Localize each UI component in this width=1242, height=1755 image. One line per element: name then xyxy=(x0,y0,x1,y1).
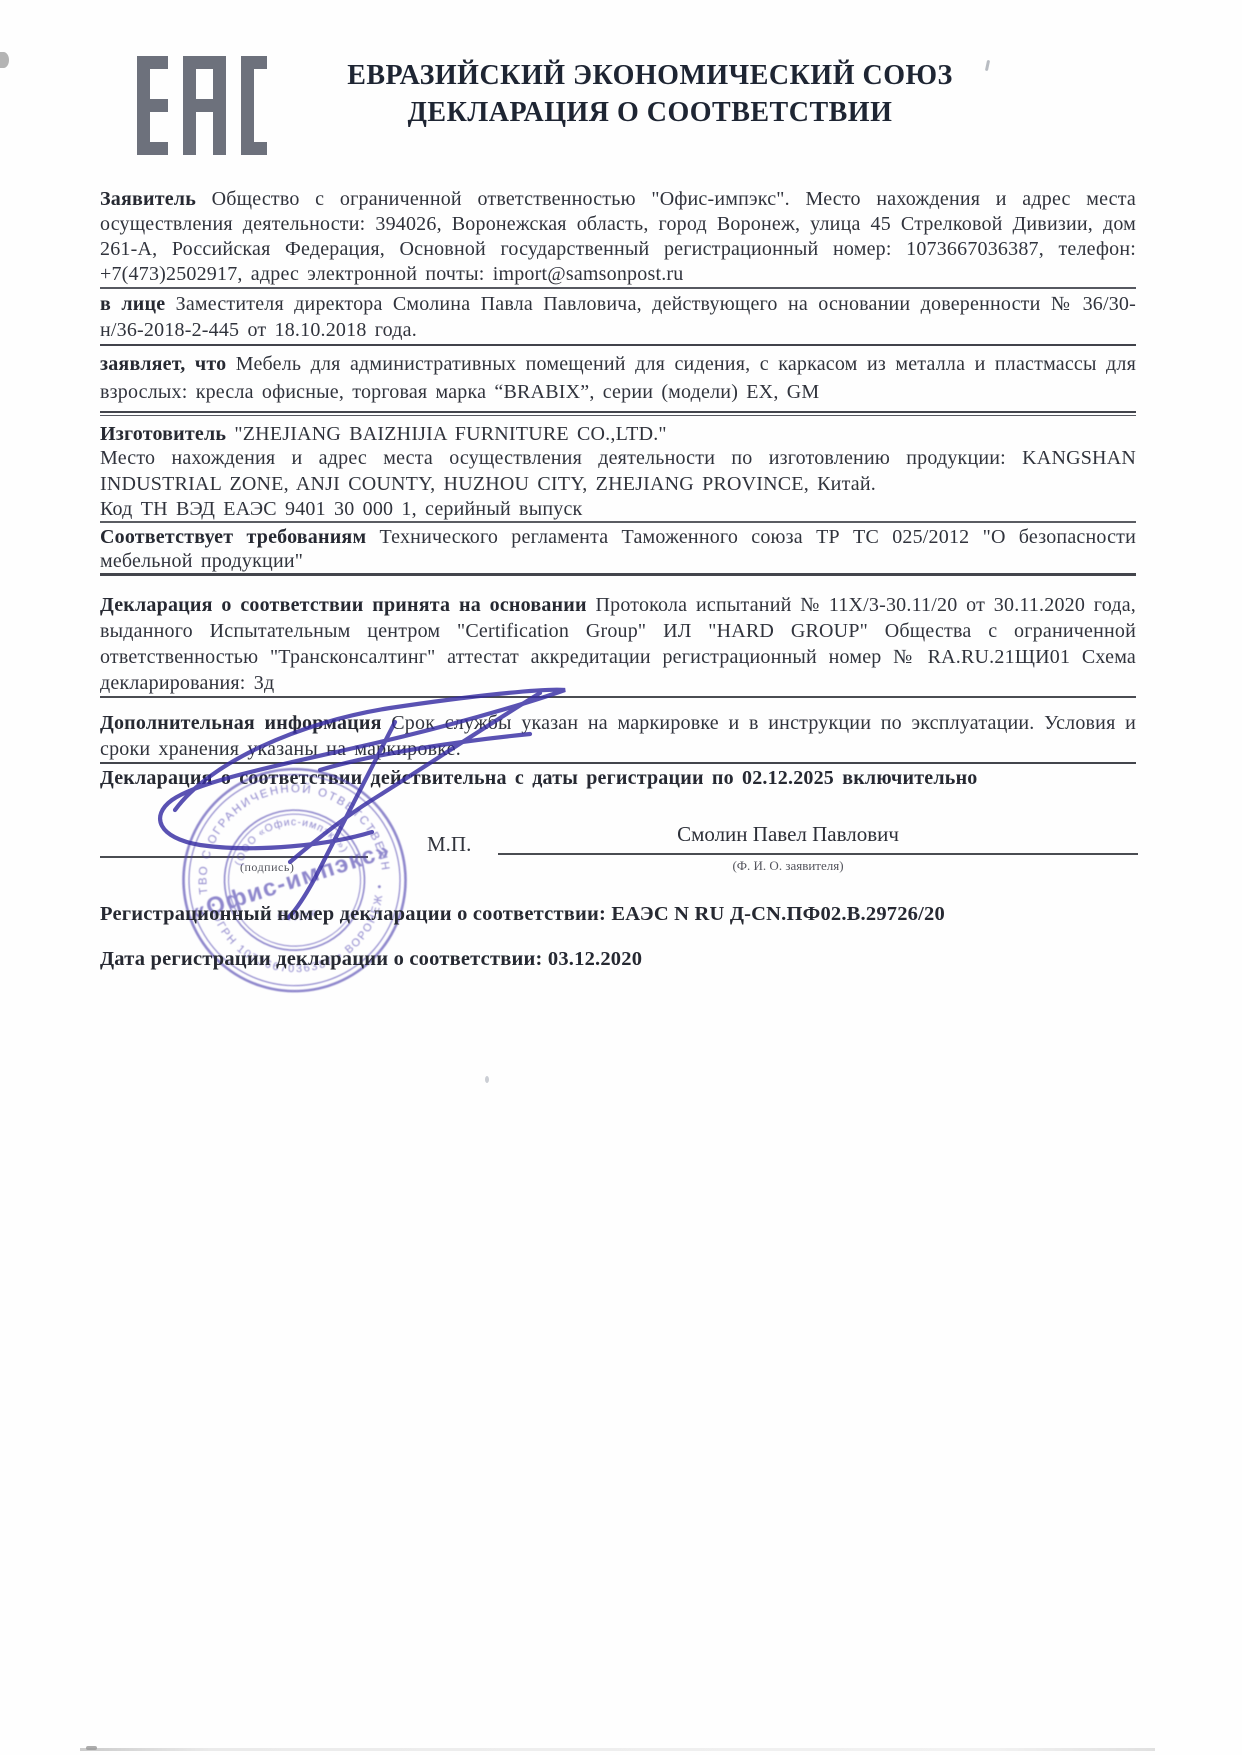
section-divider-double xyxy=(100,411,1136,416)
document-title: ЕВРАЗИЙСКИЙ ЭКОНОМИЧЕСКИЙ СОЮЗ ДЕКЛАРАЦИ… xyxy=(300,57,1000,131)
declares-text: Мебель для административных помещений дл… xyxy=(100,353,1136,403)
scan-bottom-edge xyxy=(80,1748,1155,1751)
eac-logo-icon xyxy=(137,56,267,155)
section-divider xyxy=(100,344,1136,346)
conformity-label: Соответствует требованиям xyxy=(100,526,366,548)
manufacturer-section: Изготовитель "ZHEJIANG BAIZHIJIA FURNITU… xyxy=(100,422,1136,521)
declaration-document: ЕВРАЗИЙСКИЙ ЭКОНОМИЧЕСКИЙ СОЮЗ ДЕКЛАРАЦИ… xyxy=(0,0,1242,1755)
applicant-section: Заявитель Общество с ограниченной ответс… xyxy=(100,187,1136,287)
signature-scribble xyxy=(130,668,610,938)
applicant-text: Общество с ограниченной ответственностью… xyxy=(100,188,1136,285)
registration-number-line: Регистрационный номер декларации о соотв… xyxy=(100,903,1160,926)
manufacturer-name-line: Изготовитель "ZHEJIANG BAIZHIJIA FURNITU… xyxy=(100,422,1136,446)
manufacturer-address: Место нахождения и адрес места осуществл… xyxy=(100,446,1136,497)
applicant-label: Заявитель xyxy=(100,188,196,210)
basis-label: Декларация о соответствии принята на осн… xyxy=(100,594,587,616)
representative-label: в лице xyxy=(100,293,165,315)
title-union: ЕВРАЗИЙСКИЙ ЭКОНОМИЧЕСКИЙ СОЮЗ xyxy=(300,57,1000,94)
representative-section: в лице Заместителя директора Смолина Пав… xyxy=(100,291,1136,343)
manufacturer-name: "ZHEJIANG BAIZHIJIA FURNITURE CO.,LTD." xyxy=(234,423,666,445)
scan-corner-artifact xyxy=(0,52,9,68)
section-divider xyxy=(100,521,1136,523)
registration-date-line: Дата регистрации декларации о соответств… xyxy=(100,948,1160,971)
registration-number-label: Регистрационный номер декларации о соотв… xyxy=(100,903,606,925)
conformity-section: Соответствует требованиям Технического р… xyxy=(100,525,1136,573)
declares-label: заявляет, что xyxy=(100,353,226,375)
representative-text: Заместителя директора Смолина Павла Павл… xyxy=(100,293,1136,341)
registration-date-value: 03.12.2020 xyxy=(548,948,642,970)
scan-speck-artifact xyxy=(485,1076,489,1083)
manufacturer-code-line: Код ТН ВЭД ЕАЭС 9401 30 000 1, серийный … xyxy=(100,497,1136,521)
registration-number-value: ЕАЭС N RU Д-CN.ПФ02.В.29726/20 xyxy=(611,903,945,925)
section-divider xyxy=(100,573,1136,576)
title-declaration: ДЕКЛАРАЦИЯ О СООТВЕТСТВИИ xyxy=(300,94,1000,131)
section-divider xyxy=(100,287,1136,289)
declares-section: заявляет, что Мебель для административны… xyxy=(100,350,1136,406)
scan-bottom-speck xyxy=(86,1746,97,1750)
registration-date-label: Дата регистрации декларации о соответств… xyxy=(100,948,543,970)
manufacturer-label: Изготовитель xyxy=(100,423,226,445)
